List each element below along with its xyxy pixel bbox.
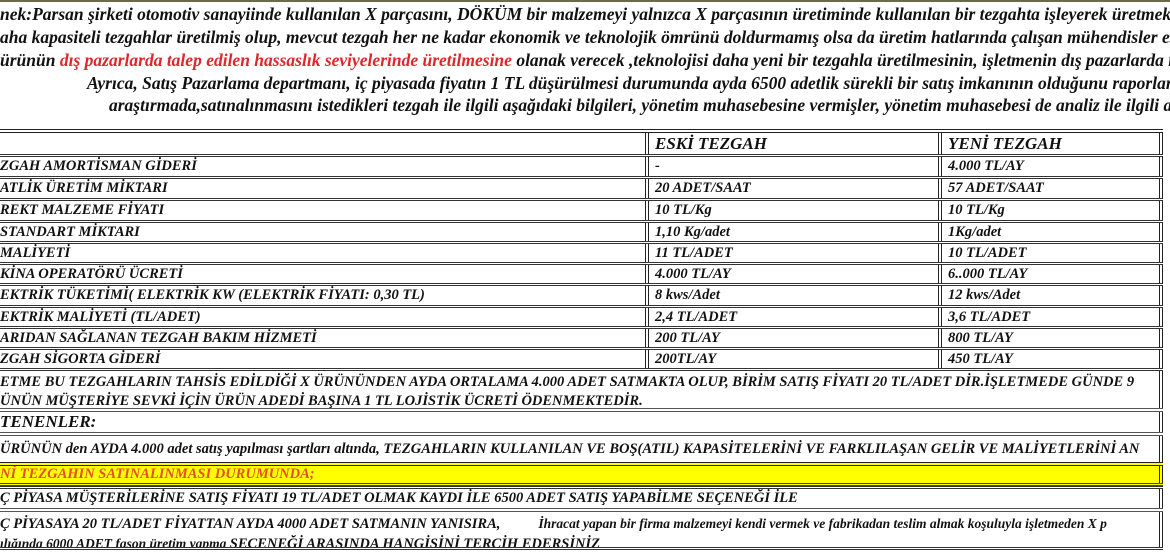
requested-heading: TENENLER: [0, 412, 1163, 432]
option-2-line-2-prefix: ılığında 6000 ADET fason üretim yapma [0, 536, 230, 547]
old-machine-value: 1,10 Kg/adet [645, 223, 938, 241]
new-machine-value: 57 ADET/SAAT [938, 179, 1163, 198]
intro-line-5: araştırmada,satınalınmasını istedikleri … [109, 94, 1170, 116]
note-row: ETME BU TEZGAHLARIN TAHSİS EDİLDİĞİ X ÜR… [0, 368, 1163, 408]
option-2-row: Ç PİYASAYA 20 TL/ADET FİYATTAN AYDA 4000… [0, 508, 1163, 550]
new-machine-value: 450 TL/AY [938, 350, 1163, 368]
new-machine-value: 1Kg/adet [938, 223, 1163, 241]
old-machine-value: 10 TL/Kg [645, 201, 938, 220]
intro-line-4: Ayrıca, Satış Pazarlama departmanı, iç p… [87, 72, 1170, 94]
table-header-row: ESKİ TEZGAH YENİ TEZGAH [0, 129, 1163, 154]
old-machine-value: 200 TL/AY [645, 329, 938, 347]
row-label: KİNA OPERATÖRÜ ÜCRETİ [0, 265, 645, 283]
new-machine-value: 10 TL/Kg [938, 201, 1163, 220]
table-row: ARIDAN SAĞLANAN TEZGAH BAKIM HİZMETİ200 … [0, 326, 1163, 347]
intro-line-3: ürünün dış pazarlarda talep edilen hassa… [0, 49, 1170, 71]
highlighted-phrase: dış pazarlarda talep edilen hassaslık se… [60, 50, 512, 70]
option-2-line-2-caps: SEÇENEĞİ ARASINDA HANGİSİNİ TERCİH EDERS… [230, 536, 600, 547]
table-row: STANDART MİKTARI1,10 Kg/adet1Kg/adet [0, 220, 1163, 241]
option-2-line-2: ılığında 6000 ADET fason üretim yapma SE… [0, 534, 1159, 547]
note-line-2: ÜNÜN MÜŞTERİYE SEVKİ İÇİN ÜRÜN ADEDİ BAŞ… [0, 392, 1159, 408]
top-border [0, 0, 1170, 2]
header-new-machine: YENİ TEZGAH [938, 133, 1163, 154]
intro-line-3-prefix: ürünün [0, 50, 60, 70]
header-old-machine: ESKİ TEZGAH [645, 133, 938, 154]
new-machine-value: 10 TL/ADET [938, 244, 1163, 262]
row-label: ARIDAN SAĞLANAN TEZGAH BAKIM HİZMETİ [0, 329, 645, 347]
table-row: ZGAH AMORTİSMAN GİDERİ-4.000 TL/AY [0, 154, 1163, 176]
table-row: EKTRİK MALİYETİ (TL/ADET)2,4 TL/ADET3,6 … [0, 305, 1163, 326]
table-row: REKT MALZEME FİYATI10 TL/Kg10 TL/Kg [0, 198, 1163, 220]
option-2-line-1-caps: Ç PİYASAYA 20 TL/ADET FİYATTAN AYDA 4000… [0, 516, 500, 532]
option-2-line-1-rest: İhracat yapan bir firma malzemeyi kendi … [538, 516, 1106, 531]
old-machine-value: 11 TL/ADET [645, 244, 938, 262]
old-machine-value: - [645, 157, 938, 176]
requested-item: ÜRÜNÜN den AYDA 4.000 adet satış yapılma… [0, 436, 1163, 462]
table-row: ATLİK ÜRETİM MİKTARI20 ADET/SAAT57 ADET/… [0, 176, 1163, 198]
intro-line-3-suffix: olanak verecek ,teknolojisi daha yeni bi… [512, 50, 1170, 70]
requested-heading-row: TENENLER: [0, 408, 1163, 432]
table-row: MALİYETİ11 TL/ADET10 TL/ADET [0, 241, 1163, 262]
intro-line-2: aha kapasiteli tezgahlar üretilmiş olup,… [0, 26, 1170, 48]
note-cell: ETME BU TEZGAHLARIN TAHSİS EDİLDİĞİ X ÜR… [0, 371, 1163, 408]
old-machine-value: 2,4 TL/ADET [645, 308, 938, 326]
row-label: EKTRİK TÜKETİMİ( ELEKTRİK KW (ELEKTRİK F… [0, 286, 645, 305]
row-label: ZGAH SİGORTA GİDERİ [0, 350, 645, 368]
old-machine-value: 8 kws/Adet [645, 286, 938, 305]
header-label-cell [0, 133, 645, 154]
new-machine-value: 4.000 TL/AY [938, 157, 1163, 176]
row-label: ATLİK ÜRETİM MİKTARI [0, 179, 645, 198]
table-row: ZGAH SİGORTA GİDERİ200TL/AY450 TL/AY [0, 347, 1163, 368]
new-machine-purchase-heading: Nİ TEZGAHIN SATINALINMASI DURUMUNDA; [0, 466, 1163, 483]
requested-item-row: ÜRÜNÜN den AYDA 4.000 adet satış yapılma… [0, 432, 1163, 462]
new-machine-value: 12 kws/Adet [938, 286, 1163, 305]
row-label: ZGAH AMORTİSMAN GİDERİ [0, 157, 645, 176]
new-machine-value: 800 TL/AY [938, 329, 1163, 347]
new-machine-value: 3,6 TL/ADET [938, 308, 1163, 326]
option-2-line-1: Ç PİYASAYA 20 TL/ADET FİYATTAN AYDA 4000… [0, 514, 1159, 534]
option-2-cell: Ç PİYASAYA 20 TL/ADET FİYATTAN AYDA 4000… [0, 512, 1163, 547]
row-label: REKT MALZEME FİYATI [0, 201, 645, 220]
yellow-heading-row: Nİ TEZGAHIN SATINALINMASI DURUMUNDA; [0, 462, 1163, 486]
table-row: KİNA OPERATÖRÜ ÜCRETİ4.000 TL/AY6..000 T… [0, 262, 1163, 283]
row-label: EKTRİK MALİYETİ (TL/ADET) [0, 308, 645, 326]
row-label: STANDART MİKTARI [0, 223, 645, 241]
old-machine-value: 4.000 TL/AY [645, 265, 938, 283]
new-machine-value: 6..000 TL/AY [938, 265, 1163, 283]
old-machine-value: 200TL/AY [645, 350, 938, 368]
row-label: MALİYETİ [0, 244, 645, 262]
intro-line-1: nek:Parsan şirketi otomotiv sanayiinde k… [0, 3, 1170, 25]
option-1: Ç PİYASA MÜŞTERİLERİNE SATIŞ FİYATI 19 T… [0, 489, 1163, 508]
old-machine-value: 20 ADET/SAAT [645, 179, 938, 198]
option-1-row: Ç PİYASA MÜŞTERİLERİNE SATIŞ FİYATI 19 T… [0, 486, 1163, 508]
note-line-1: ETME BU TEZGAHLARIN TAHSİS EDİLDİĞİ X ÜR… [0, 373, 1159, 392]
table-row: EKTRİK TÜKETİMİ( ELEKTRİK KW (ELEKTRİK F… [0, 283, 1163, 305]
